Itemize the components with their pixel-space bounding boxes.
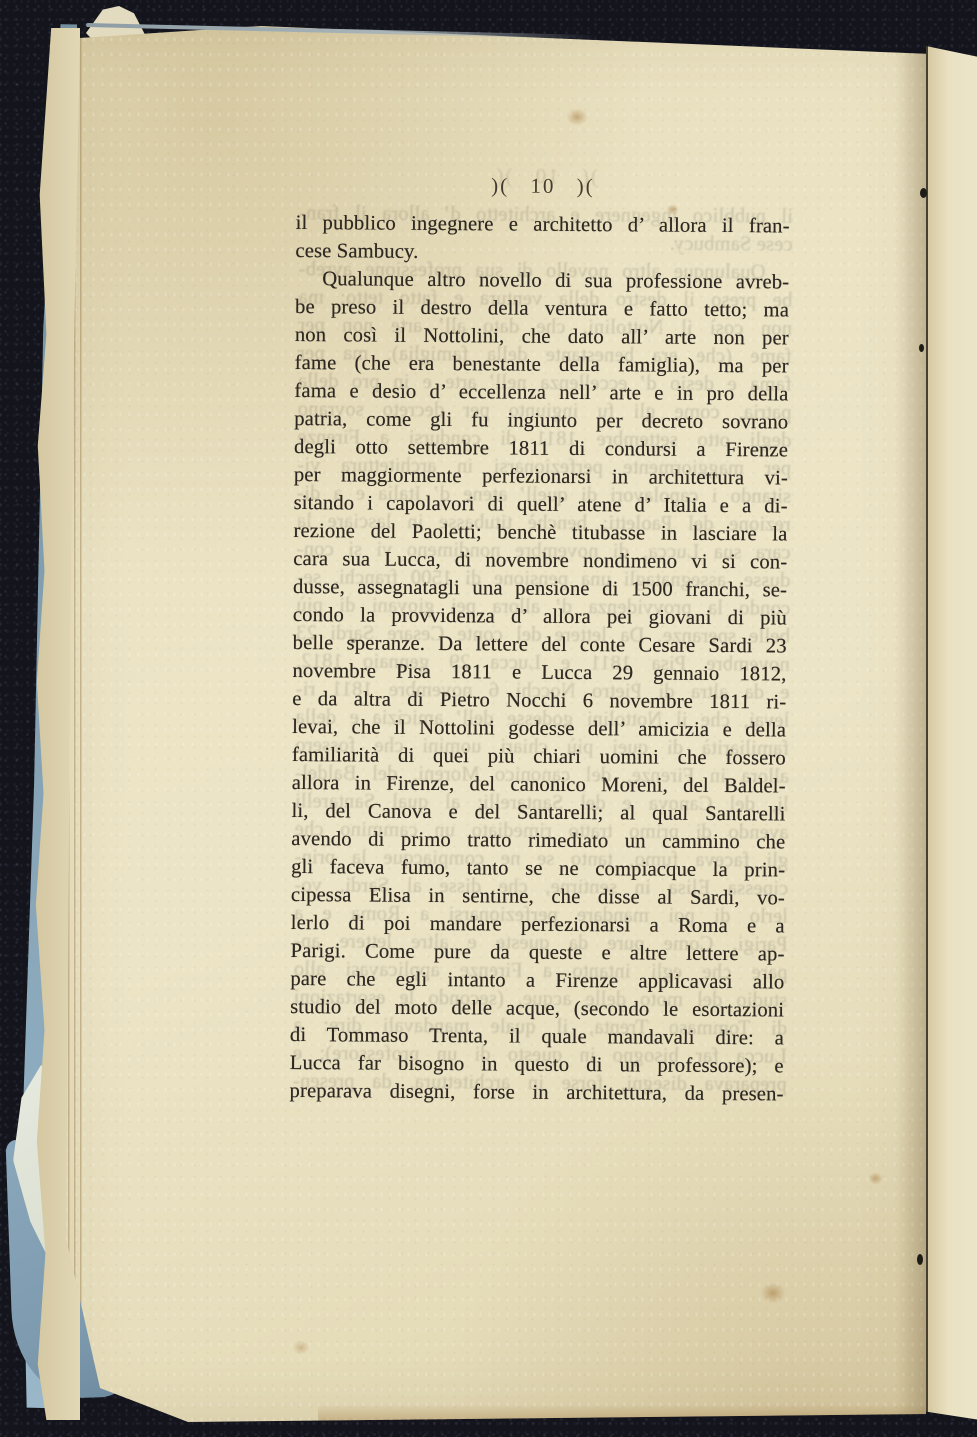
gutter-nick <box>917 1254 923 1265</box>
text-block: il pubblico ingegnere e architetto d’ al… <box>289 209 789 1108</box>
text-line: avendo di primo tratto rimediato un camm… <box>291 825 785 856</box>
gutter-nick <box>920 188 927 198</box>
text-line: preparava disegni, forse in architettura… <box>289 1077 783 1108</box>
text-line: allora in Firenze, del canonico Moreni, … <box>292 769 786 800</box>
text-line: be preso il destro della ventura e fatto… <box>295 293 789 324</box>
text-line: Qualunque altro novello di sua professio… <box>295 265 789 296</box>
text-line: pare che egli intanto a Firenze applicav… <box>290 965 784 996</box>
text-line: il pubblico ingegnere e architetto d’ al… <box>296 209 790 240</box>
text-line: degli otto settembre 1811 di condursi a … <box>294 433 788 464</box>
text-line: rezione del Paoletti; benchè titubasse i… <box>293 517 787 548</box>
text-line: familiarità di quei più chiari uomini ch… <box>292 741 786 772</box>
text-line: Parigi. Come pure da queste e altre lett… <box>290 937 784 968</box>
text-line: li, del Canova e del Santarelli; al qual… <box>291 797 785 828</box>
text-line: gli faceva fumo, tanto se ne compiacque … <box>291 853 785 884</box>
text-line: novembre Pisa 1811 e Lucca 29 gennaio 18… <box>292 657 786 688</box>
bottom-edge-stain <box>318 1404 930 1426</box>
text-line: belle speranze. Da lettere del conte Ces… <box>293 629 787 660</box>
text-line: fama e desio d’ eccellenza nell’ arte e … <box>294 377 788 408</box>
text-line: cara sua Lucca, di novembre nondimeno vi… <box>293 545 787 576</box>
text-line: per maggiormente perfezionarsi in archit… <box>294 461 788 492</box>
facing-page-edge <box>926 46 977 1424</box>
text-line: sitando i capolavori di quell’ atene d’ … <box>294 489 788 520</box>
page-number: )( 10 )( <box>296 172 790 200</box>
gutter-nick <box>919 344 924 352</box>
text-line: Lucca far bisogno in questo di un profes… <box>290 1049 784 1080</box>
text-line: levai, che il Nottolini godesse dell’ am… <box>292 713 786 744</box>
text-line: dusse, assegnatagli una pensione di 1500… <box>293 573 787 604</box>
text-line: fame (che era benestante della famiglia)… <box>295 349 789 380</box>
text-line: cipessa Elisa in sentirne, che disse al … <box>291 881 785 912</box>
text-line: cese Sambucy. <box>295 237 789 268</box>
text-line: studio del moto delle acque, (secondo le… <box>290 993 784 1024</box>
book-page: )( 10 )( il pubblico ingegnere e archite… <box>56 24 930 1426</box>
book-photo-scene: )( 10 )( il pubblico ingegnere e archite… <box>0 0 977 1437</box>
text-line: e da altra di Pietro Nocchi 6 novembre 1… <box>292 685 786 716</box>
text-line: non così il Nottolini, che dato all’ art… <box>295 321 789 352</box>
page-content: )( 10 )( il pubblico ingegnere e archite… <box>289 172 790 1108</box>
text-line: condo la provvidenza d’ allora pei giova… <box>293 601 787 632</box>
text-line: lerlo di poi mandare perfezionarsi a Rom… <box>291 909 785 940</box>
text-line: patria, come gli fu ingiunto per decreto… <box>294 405 788 436</box>
gutter-shadow <box>896 24 930 1426</box>
text-line: di Tommaso Trenta, il quale mandavali di… <box>290 1021 784 1052</box>
